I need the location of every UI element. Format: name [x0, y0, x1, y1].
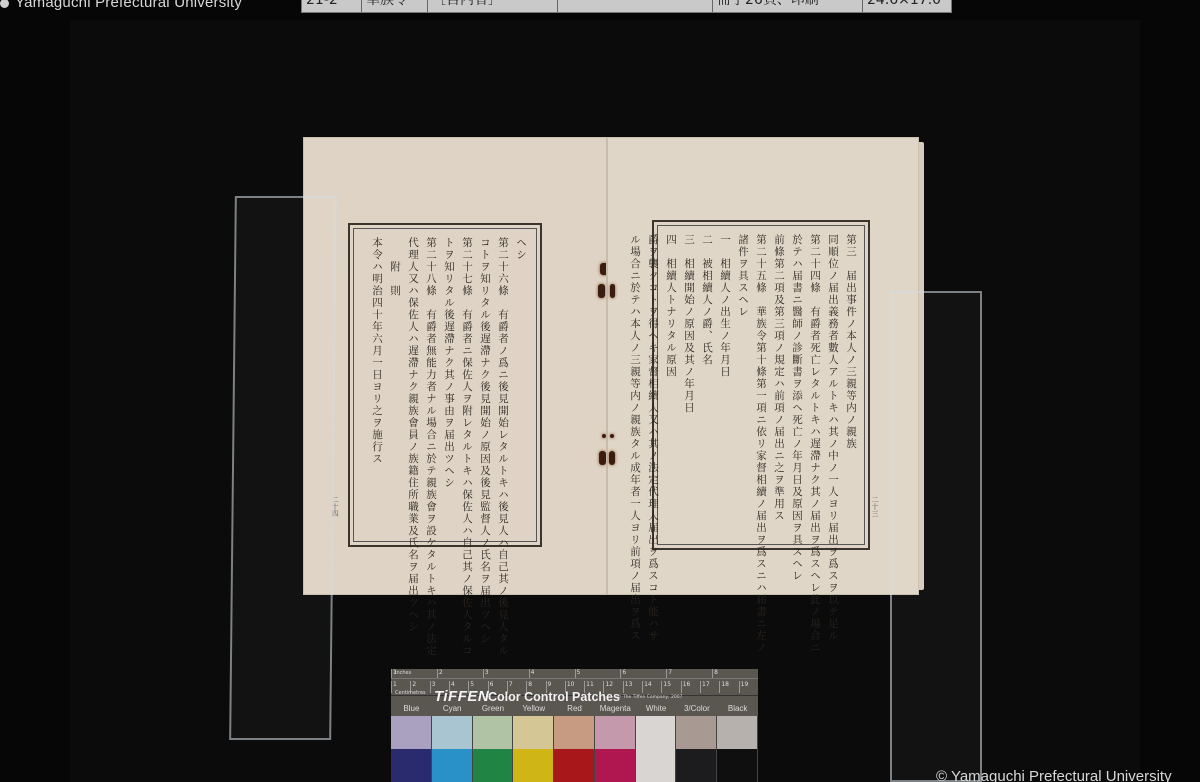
patch-column: [717, 716, 758, 782]
top-credit: Yamaguchi Prefectural University: [0, 0, 242, 11]
top-credit-text: Yamaguchi Prefectural University: [15, 0, 242, 11]
patch-tint: [473, 716, 513, 749]
right-page-frame: 第三 届出事件ノ本人ノ三親等内ノ親族 同順位ノ届出義務者數人アルトキハ其ノ中ノ一…: [652, 220, 870, 550]
metadata-table: 21-2華族令［宮内省］冊子26頁、印刷24.6×17.0: [301, 0, 952, 13]
patch-column: [391, 716, 432, 782]
patch-label: Red: [554, 704, 595, 713]
patch-solid: [391, 749, 431, 782]
cm-tick: 14: [642, 681, 661, 693]
inch-label: Inches: [395, 670, 411, 676]
metadata-cell: 冊子26頁、印刷: [713, 0, 863, 12]
left-page: ヘシ 第二十六條 有爵者ノ爲ニ後見開始レタルトキハ後見人ハ自己其ノ後見人タル コ…: [304, 138, 608, 594]
cm-tick: 18: [719, 681, 738, 693]
inch-tick: 4: [529, 669, 575, 678]
patch-tint: [636, 716, 676, 749]
brand-logo: TiFFEN: [434, 688, 489, 705]
patch-column: [473, 716, 514, 782]
color-patches: [391, 716, 758, 782]
metadata-cell: 21-2: [302, 0, 362, 12]
patch-label: Yellow: [513, 704, 554, 713]
patch-label: Blue: [391, 704, 432, 713]
patch-label: White: [636, 704, 677, 713]
inch-tick: 8: [712, 669, 758, 678]
patch-label: Cyan: [432, 704, 473, 713]
patch-solid: [554, 749, 594, 782]
metadata-cell: ［宮内省］: [428, 0, 558, 12]
metadata-cell: 24.6×17.0: [863, 0, 951, 12]
inch-scale: 12345678: [391, 669, 758, 679]
patch-labels: BlueCyanGreenYellowRedMagentaWhite3/Colo…: [391, 704, 758, 713]
patch-tint: [595, 716, 635, 749]
color-control-chart: 12345678 12345678910111213141516171819 I…: [391, 669, 758, 782]
metadata-cell: [558, 0, 713, 12]
cm-tick: 15: [661, 681, 680, 693]
patch-solid: [595, 749, 635, 782]
patch-tint: [554, 716, 594, 749]
cm-tick: 16: [681, 681, 700, 693]
patch-solid: [513, 749, 553, 782]
patch-label: 3/Color: [676, 704, 717, 713]
acrylic-page-holder-right: [890, 291, 982, 782]
stain: [598, 284, 605, 298]
chart-title: Color Control Patches: [488, 690, 620, 704]
patch-column: [595, 716, 636, 782]
patch-tint: [676, 716, 716, 749]
patch-label: Green: [473, 704, 514, 713]
left-page-frame: ヘシ 第二十六條 有爵者ノ爲ニ後見開始レタルトキハ後見人ハ自己其ノ後見人タル コ…: [348, 223, 542, 547]
patch-solid: [636, 749, 676, 782]
left-page-text: ヘシ 第二十六條 有爵者ノ爲ニ後見開始レタルトキハ後見人ハ自己其ノ後見人タル コ…: [368, 237, 530, 537]
cm-tick: 17: [700, 681, 719, 693]
patch-column: [554, 716, 595, 782]
inch-tick: 6: [620, 669, 666, 678]
inch-tick: 3: [483, 669, 529, 678]
patch-column: [513, 716, 554, 782]
stain: [599, 451, 606, 465]
patch-tint: [391, 716, 431, 749]
cm-label: Centimetres: [395, 690, 426, 696]
cm-tick: 19: [739, 681, 758, 693]
chart-copyright: © The Tiffen Company, 2007: [617, 695, 682, 700]
patch-column: [676, 716, 717, 782]
copyright-icon: [0, 0, 9, 8]
cm-tick: 13: [623, 681, 642, 693]
inch-tick: 2: [437, 669, 483, 678]
acrylic-page-holder-left: [229, 196, 337, 740]
metadata-cell: 華族令: [362, 0, 428, 12]
stain: [610, 434, 614, 438]
patch-solid: [676, 749, 716, 782]
inch-tick: 7: [666, 669, 712, 678]
patch-tint: [432, 716, 472, 749]
patch-solid: [473, 749, 513, 782]
stain: [609, 451, 615, 465]
right-page-number: 二十三: [870, 496, 880, 517]
bottom-credit: © Yamaguchi Prefectural University: [936, 768, 1172, 782]
patch-column: [432, 716, 473, 782]
open-book: ヘシ 第二十六條 有爵者ノ爲ニ後見開始レタルトキハ後見人ハ自己其ノ後見人タル コ…: [304, 138, 918, 594]
patch-label: Black: [717, 704, 758, 713]
stain: [610, 284, 615, 298]
patch-label: Magenta: [595, 704, 636, 713]
patch-solid: [432, 749, 472, 782]
inch-tick: 5: [575, 669, 621, 678]
patch-tint: [513, 716, 553, 749]
patch-solid: [717, 749, 757, 782]
right-page-text: 第三 届出事件ノ本人ノ三親等内ノ親族 同順位ノ届出義務者數人アルトキハ其ノ中ノ一…: [626, 234, 860, 538]
patch-tint: [717, 716, 757, 749]
patch-column: [636, 716, 677, 782]
